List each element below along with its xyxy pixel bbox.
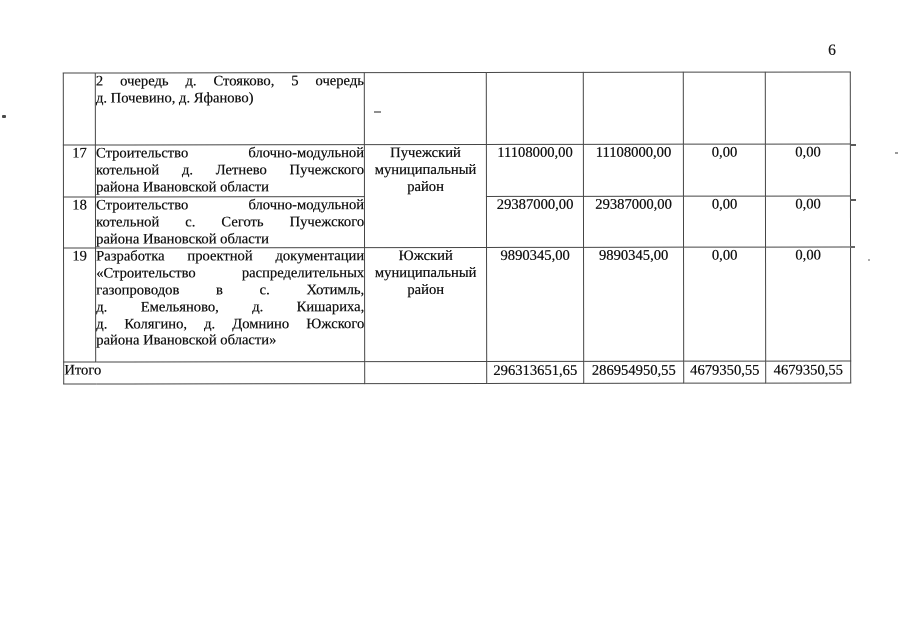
scan-artifact [850,246,855,248]
description-cell: Строительство блочно-модульнойкотельной … [95,145,364,197]
value-cell-cofinance-2 [765,72,850,144]
description-cell: Разработка проектной документации«Строит… [96,248,365,362]
municipality-cell-empty [365,362,487,384]
value-cell-cofinance-2: 0,00 [766,247,851,361]
description-cell: Строительство блочно-модульнойкотельной … [95,197,364,249]
total-value-cell-cofinance-2: 4679350,55 [766,361,851,383]
row-number-cell: 19 [64,248,96,362]
table-row-total: Итого 296313651,65 286954950,55 4679350,… [64,361,851,384]
scan-artifact [2,115,6,118]
row-number-cell: 18 [63,197,95,248]
page-number: 6 [828,42,836,59]
value-cell-total [486,72,583,144]
value-cell-total: 11108000,00 [486,144,583,196]
value-cell-total: 9890345,00 [487,248,584,362]
description-cell: 2 очередь д. Стояково, 5 очередьд. Почев… [95,73,364,145]
value-cell-cofinance-1: 0,00 [683,196,765,248]
value-cell-cofinance-2: 0,00 [765,144,850,196]
municipality-cell: Пучежский муниципальный район [364,144,486,248]
municipality-cell: Южский муниципальный район [365,248,487,362]
document-page: 6 2 очередь д. Стояково, 5 очередьд. Поч… [0,0,905,640]
value-cell-cofinance-1 [683,72,765,144]
row-number-cell: 17 [63,145,95,197]
scan-artifact [868,259,870,261]
value-cell-budget [583,72,683,144]
table-row-19: 19 Разработка проектной документации«Стр… [64,247,851,362]
municipality-cell [364,72,486,144]
total-value-cell-total: 296313651,65 [487,362,584,384]
value-cell-budget: 9890345,00 [584,248,684,362]
table-row-continuation: 2 очередь д. Стояково, 5 очередьд. Почев… [63,72,850,145]
scan-artifact [895,152,898,154]
table-row-17: 17 Строительство блочно-модульнойкотельн… [63,144,850,197]
value-cell-cofinance-2: 0,00 [765,196,850,248]
scan-artifact [850,199,856,201]
value-cell-cofinance-1: 0,00 [684,247,766,361]
scan-artifact [850,144,856,146]
total-value-cell-budget: 286954950,55 [584,362,684,384]
value-cell-cofinance-1: 0,00 [683,144,765,196]
row-number-cell [63,73,95,145]
total-label-cell: Итого [64,362,365,384]
total-value-cell-cofinance-1: 4679350,55 [684,361,766,383]
budget-table: 2 очередь д. Стояково, 5 очередьд. Почев… [63,71,851,384]
value-cell-budget: 11108000,00 [583,144,683,196]
scan-artifact [374,111,381,113]
value-cell-total: 29387000,00 [486,196,583,248]
value-cell-budget: 29387000,00 [583,196,683,248]
